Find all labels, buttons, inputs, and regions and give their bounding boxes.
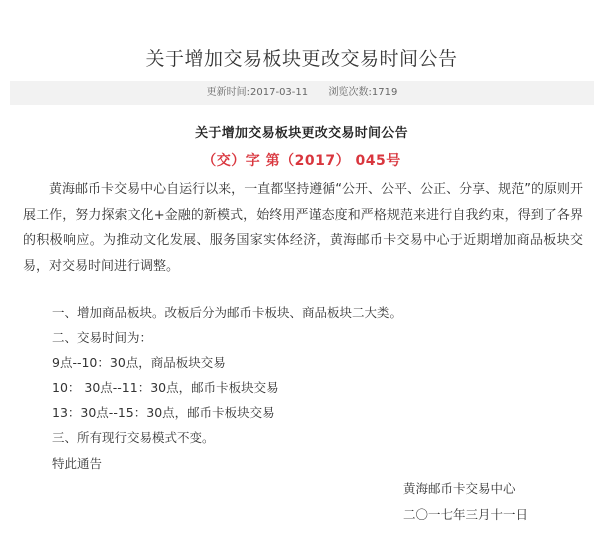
body-paragraph: 黄海邮币卡交易中心自运行以来，一直都坚持遵循“公开、公平、公正、分享、规范”的原… — [23, 177, 583, 279]
item-mode-unchanged: 三、所有现行交易模式不变。 — [52, 425, 582, 450]
updated-label: 更新时间: — [207, 87, 250, 98]
announcement-items: 一、增加商品板块。改板后分为邮币卡板块、商品板块二大类。 二、交易时间为： 9点… — [52, 300, 582, 476]
views-label: 浏览次数: — [329, 87, 372, 98]
document-title: 关于增加交易板块更改交易时间公告 — [0, 124, 603, 144]
item-trading-hours-stamp-afternoon: 13：30点--15：30点，邮币卡板块交易 — [52, 400, 582, 425]
updated-date: 2017-03-11 — [250, 87, 308, 98]
signature-organization: 黄海邮币卡交易中心 — [403, 476, 528, 502]
item-notice-closing: 特此通告 — [52, 451, 582, 476]
meta-bar: 更新时间:2017-03-11 浏览次数:1719 — [10, 81, 594, 105]
item-add-commodity-board: 一、增加商品板块。改板后分为邮币卡板块、商品板块二大类。 — [52, 300, 582, 325]
item-trading-hours-heading: 二、交易时间为： — [52, 325, 582, 350]
signature-date: 二〇一七年三月十一日 — [403, 502, 528, 528]
page-title: 关于增加交易板块更改交易时间公告 — [0, 46, 603, 72]
item-trading-hours-commodity: 9点--10：30点，商品板块交易 — [52, 350, 582, 375]
item-trading-hours-stamp-morning: 10： 30点--11：30点，邮币卡板块交易 — [52, 375, 582, 400]
signature-block: 黄海邮币卡交易中心 二〇一七年三月十一日 — [403, 476, 528, 527]
views-count: 1719 — [372, 87, 397, 98]
document-number: （交）字 第（2017） 045号 — [0, 151, 603, 171]
